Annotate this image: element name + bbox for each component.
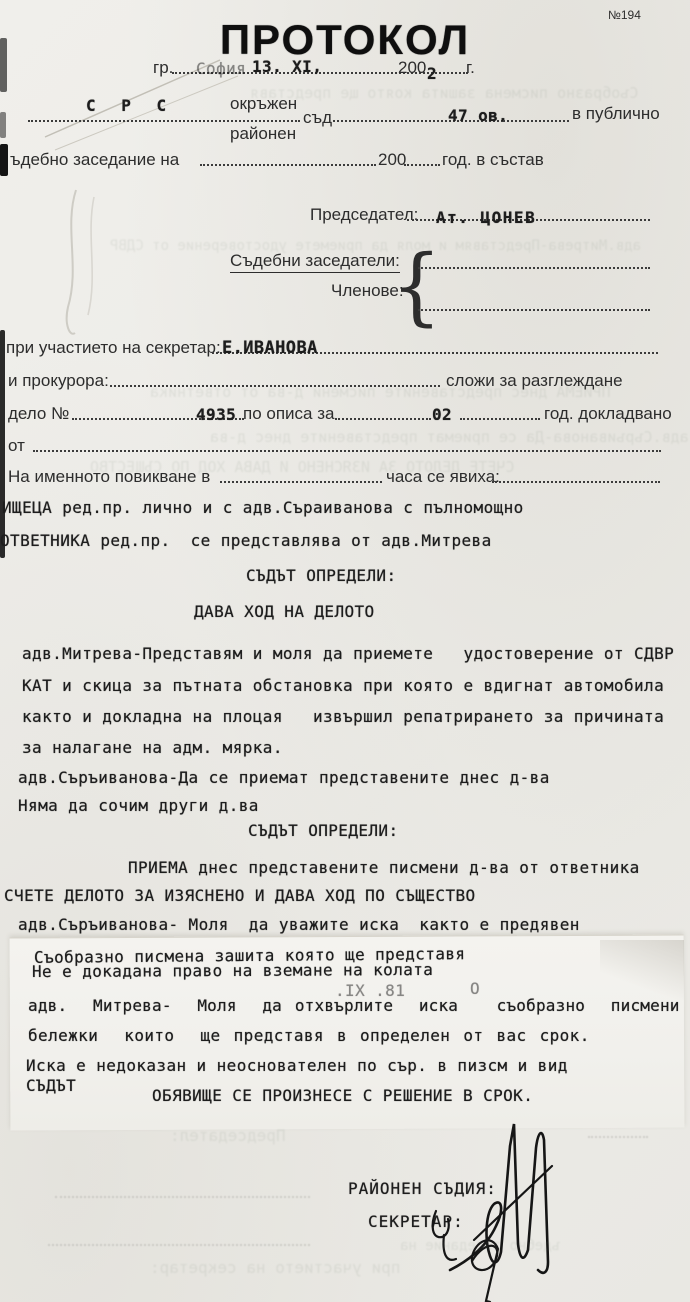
document-title: ПРОТОКОЛ	[0, 16, 690, 64]
typed-line: за налагане на адм. мярка.	[22, 738, 283, 758]
bleedthrough-text: Съобразно писмена зашита която ще предст…	[250, 84, 638, 102]
rollcall-label: На именното повикване в	[8, 467, 210, 487]
bleedthrough-line	[48, 1234, 310, 1246]
from-label: от	[8, 436, 25, 456]
typed-line: Не е докадана право на вземане на колата	[32, 960, 433, 982]
dotted-line	[33, 436, 661, 452]
case-number-typed: 4935	[196, 405, 236, 425]
case-year-typed: 02	[432, 405, 452, 425]
dotted-line	[418, 253, 650, 269]
typed-line: Няма да сочим други д.ва	[18, 796, 259, 816]
typed-line: адв. Митрева- Моля да отхвърлите иска съ…	[28, 996, 680, 1016]
typed-line: адв.Митрева-Представям и моля да приемет…	[22, 644, 674, 664]
court-chamber-typed: 47 ов.	[448, 106, 508, 126]
court-sud: съд	[303, 108, 332, 128]
pencil-scribble-artifact	[42, 185, 122, 345]
dotted-line	[220, 467, 382, 483]
prosecutor-label: и прокурора:	[8, 371, 109, 391]
court-public: в публично	[572, 104, 660, 124]
chairman-name-typed: Ат. ЦОНЕВ	[436, 208, 536, 228]
case-label: дело №	[8, 404, 69, 424]
jurors-label: Съдебни заседатели:	[230, 251, 400, 273]
city-typed: София	[196, 59, 246, 79]
year-print: 200	[398, 58, 426, 78]
court-okrazhen: окръжен	[230, 94, 297, 114]
session-suffix: год. в състав	[442, 150, 544, 170]
secretary-label: при участието на секретар:	[6, 338, 221, 358]
typed-line: ОБЯВИЩЕ СЕ ПРОИЗНЕСЕ С РЕШЕНИЕ В СРОК.	[152, 1086, 533, 1106]
typed-line: СЪДЪТ ОПРЕДЕЛИ:	[246, 566, 397, 586]
year-suffix: г.	[466, 58, 475, 78]
typed-line: СЪДЪТ ОПРЕДЕЛИ:	[248, 821, 399, 841]
rollcall-suffix: часа се явиха:	[386, 467, 500, 487]
scan-edge-artifact	[0, 144, 8, 176]
dotted-line	[418, 295, 650, 311]
session-label: ъдебно заседание на	[10, 150, 179, 170]
secretary-name-typed: Е.ИВАНОВА	[222, 338, 318, 358]
dotted-line	[335, 404, 431, 420]
scan-shadow	[600, 940, 684, 1000]
typed-line: Иска е недоказан и неоснователен по сър.…	[26, 1056, 568, 1076]
dotted-line	[404, 150, 440, 166]
court-raionen: районен	[230, 124, 296, 144]
prosecutor-suffix: сложи за разглеждане	[446, 371, 623, 391]
typed-line: ИЩЕЦА ред.пр. лично и с адв.Съраиванова …	[2, 498, 524, 518]
date-typed: 13. XI,	[252, 57, 322, 77]
typed-line: както и докладна на плоцая извършил репа…	[22, 707, 664, 727]
scanned-court-protocol: Съобразно писмена зашита която ще предст…	[0, 0, 690, 1302]
typed-line: ДАВА ХОД НА ДЕЛОТО	[194, 602, 375, 622]
scan-edge-artifact	[0, 112, 6, 138]
dotted-line	[200, 150, 376, 166]
typed-line: СЧЕТЕ ДЕЛОТО ЗА ИЗЯСНЕНО И ДАВА ХОД ПО С…	[4, 886, 476, 906]
case-suffix: год. докладвано	[544, 404, 672, 424]
typed-line: ОТВЕТНИКА ред.пр. се представлява от адв…	[0, 531, 492, 551]
dotted-line	[492, 467, 660, 483]
dotted-line	[110, 371, 440, 387]
year-typed: 2	[427, 64, 437, 84]
bleedthrough-line	[588, 1126, 648, 1138]
case-mid: по описа за	[243, 404, 334, 424]
secretary-signature	[420, 1205, 560, 1302]
scan-edge-artifact	[0, 330, 5, 558]
city-prefix: гр.	[153, 58, 173, 78]
dotted-line	[460, 404, 540, 420]
bleedthrough-line	[55, 1186, 310, 1198]
typed-line: СЪДЪТ	[26, 1076, 76, 1096]
typed-line: ПРИЕМА днес представените писмени д-ва о…	[128, 858, 640, 878]
dotted-line	[503, 106, 569, 122]
bleedthrough-text: при участието на секретар:	[150, 1258, 400, 1277]
typed-line: адв.Съръиванова-Да се приемат представен…	[18, 768, 550, 788]
session-year: 200	[378, 150, 406, 170]
typed-line: КАТ и скица за пътната обстановка при ко…	[22, 676, 664, 696]
typed-line: бележки които ще представя в определен о…	[28, 1026, 590, 1046]
typed-line: адв.Съръиванова- Моля да уважите иска ка…	[18, 915, 580, 935]
chairman-label: Председател:	[310, 205, 418, 225]
